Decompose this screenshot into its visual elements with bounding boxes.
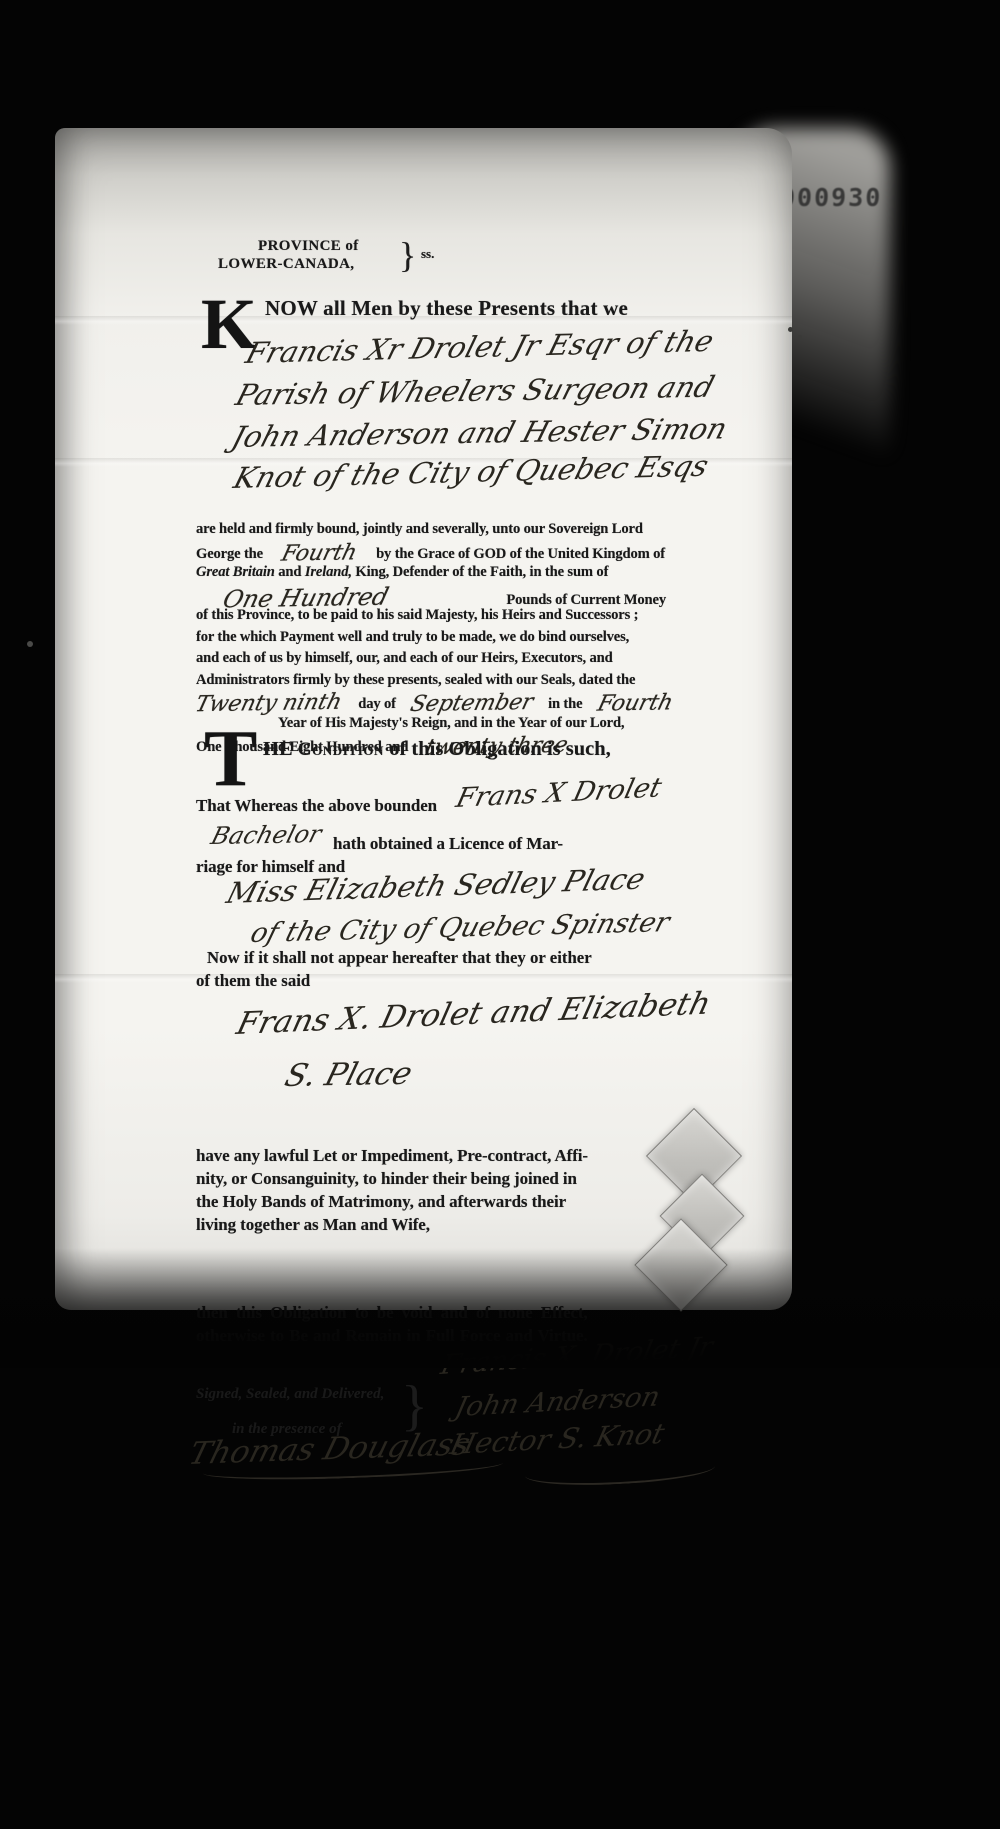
signature-surety: John Anderson [452,1382,663,1423]
signed-sealed-label: Signed, Sealed, and Delivered, [196,1386,384,1403]
handwritten-principals-line: Francis Xr Drolet Jr Esqr of the [242,324,718,370]
serial-number-stamp: 000930 [779,183,882,212]
condition-heading-post: of this Obligation is such, [389,738,611,760]
condition-heading: HE Condition of this Obligation is such, [263,738,611,761]
scanned-document-photo: 000930 PROVINCE of LOWER-CANADA, } ss. K… [0,0,1000,1829]
obligation-line: Great Britain and Ireland, King, Defende… [196,562,666,584]
handwritten-insert-regnal-year: Fourth [595,692,675,715]
handwritten-groom-name: Frans X Drolet [453,772,665,814]
obligation-text: George the [196,546,263,562]
impediment-line: nity, or Consanguinity, to hinder their … [196,1169,577,1189]
handwritten-principals-line: Knot of the City of Quebec Esqs [230,449,712,495]
obligation-line: for the which Payment well and truly to … [196,627,666,649]
licence-line: hath obtained a Licence of Mar- [333,834,563,854]
handwritten-insert-sum: One Hundred [221,584,391,611]
signature-surety: Hector S. Knot [447,1417,668,1461]
handwritten-principals-line: Parish of Wheelers Surgeon and [232,370,718,412]
handwritten-insert-day: Twenty ninth [193,692,344,717]
obligation-paragraph: are held and firmly bound, jointly and s… [196,519,666,756]
drop-cap-t: T [204,728,257,790]
handwritten-principals-line: John Anderson and Hester Simon [228,411,731,454]
handwritten-bride-residence: of the City of Quebec Spinster [247,907,673,949]
obligation-line: George the Fourth by the Grace of GOD of… [196,541,666,563]
obligation-line: and each of us by himself, our, and each… [196,648,666,670]
obligation-text: in the [548,696,582,712]
ink-speck [798,335,802,339]
handwritten-insert-regnal-name: Fourth [280,542,360,565]
province-header-line2: LOWER-CANADA, [218,256,354,273]
condition-heading-smallcaps: Condition [298,739,384,760]
obligation-line: are held and firmly bound, jointly and s… [196,519,666,541]
brace-glyph: } [399,234,416,276]
province-header-line1: PROVINCE of [258,238,359,255]
ss-abbreviation: ss. [421,246,434,262]
impediment-line: living together as Man and Wife, [196,1215,430,1235]
handwritten-couple-line2: S. Place [281,1056,416,1094]
fold-crease [55,974,792,983]
handwritten-couple-line1: Frans X. Drolet and Elizabeth [233,986,714,1042]
opening-line: NOW all Men by these Presents that we [265,296,628,321]
whereas-line: That Whereas the above bounden [196,796,437,816]
now-line2: of them the said [196,971,310,991]
now-line1: Now if it shall not appear hereafter tha… [207,948,592,968]
obligation-text: by the Grace of GOD of the United Kingdo… [376,546,665,562]
photo-bottom-shadow [0,1248,1000,1368]
condition-heading-pre: HE [263,738,293,760]
handwritten-insert-month: September [408,692,535,716]
obligation-line: Administrators firmly by these presents,… [196,670,666,692]
obligation-text-italic: Great Britain [196,564,275,580]
signature-flourish [524,1453,715,1489]
obligation-text-italic: Ireland, [305,564,352,580]
impediment-line: the Holy Bands of Matrimony, and afterwa… [196,1192,566,1212]
handwritten-bachelor: Bachelor [208,820,325,850]
obligation-text: day of [358,696,396,712]
ink-speck [27,641,33,647]
ink-speck [788,327,793,332]
obligation-text: King, Defender of the Faith, in the sum … [355,564,608,580]
obligation-line: One Hundred Pounds of Current Money [196,584,666,606]
obligation-line: Twenty ninth day of September in the Fou… [196,691,666,713]
impediment-line: have any lawful Let or Impediment, Pre-c… [196,1146,588,1166]
